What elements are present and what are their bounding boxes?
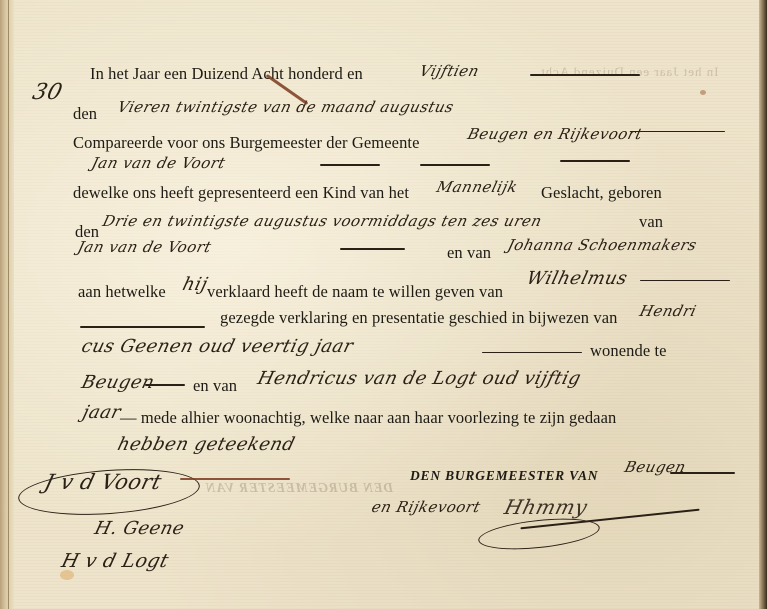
printed-line-gepresenteerd: dewelke ons heeft gepresenteerd een Kind… (73, 183, 409, 203)
printed-en-van: en van (193, 376, 237, 396)
bleed-through-text: In het Jaar een Duizend Acht (540, 64, 719, 80)
handwritten-mother: Johanna Schoenmakers (506, 236, 699, 254)
signature-witness1: H. Geene (92, 518, 186, 539)
signature-mayor: Hhmmy (502, 495, 590, 519)
bleed-through-text: DEN BURGEMEESTER VAN (205, 480, 393, 496)
handwritten-pronoun: hij (180, 274, 210, 295)
printed-geslacht: Geslacht, geboren (541, 183, 662, 203)
fill-line (145, 384, 185, 386)
signature-witness2: H v d Logt (59, 550, 171, 572)
printed-van: van (639, 212, 663, 232)
handwritten-residence: Beugen (79, 372, 156, 393)
printed-aan-hetwelke: aan hetwelke (78, 282, 166, 302)
fill-line (560, 160, 630, 162)
handwritten-closing: hebben geteekend (115, 434, 297, 455)
page-edge-shadow (759, 0, 767, 609)
fill-line (530, 74, 640, 76)
printed-verklaard: verklaard heeft de naam te willen geven … (207, 282, 503, 302)
fill-line (640, 280, 730, 281)
handwritten-mayor-place-2: en Rijkevoort (370, 498, 483, 516)
binding-edge (0, 0, 14, 609)
handwritten-witness1-first: Hendri (638, 302, 699, 320)
fill-line (420, 164, 490, 166)
handwritten-municipality: Beugen en Rijkevoort (466, 125, 645, 143)
handwritten-witness2: Hendricus van de Logt oud vijftig (255, 368, 583, 389)
fill-line (482, 352, 582, 353)
margin-rule (8, 0, 9, 609)
handwritten-child-name: Wilhelmus (524, 268, 629, 289)
handwritten-father: Jan van de Voort (76, 238, 214, 256)
fill-line (320, 164, 380, 166)
printed-line-year: In het Jaar een Duizend Acht honderd en (90, 64, 363, 84)
signature-declarant: J v d Voort (42, 470, 164, 494)
printed-mede-alhier: — mede alhier woonachtig, welke naar aan… (120, 408, 616, 428)
stain (700, 90, 706, 95)
printed-line-compareerde: Compareerde voor ons Burgemeester der Ge… (73, 133, 420, 153)
handwritten-date: Vieren twintigste van de maand augustus (116, 98, 456, 116)
printed-en-van: en van (447, 243, 491, 263)
printed-mayor-caption: DEN BURGEMEESTER VAN (410, 468, 598, 484)
ink-line (180, 478, 290, 480)
handwritten-jaar: jaar (80, 402, 123, 423)
fill-line (630, 131, 725, 132)
handwritten-witness1: cus Geenen oud veertig jaar (79, 336, 355, 357)
handwritten-year: Vijftien (418, 62, 481, 80)
fill-line (670, 472, 735, 474)
handwritten-declarant: Jan van de Voort (90, 154, 228, 172)
printed-den: den (73, 104, 97, 124)
fill-line (80, 326, 205, 328)
fill-line (340, 248, 405, 250)
printed-wonende-te: wonende te (590, 341, 667, 361)
handwritten-sex: Mannelijk (435, 178, 520, 196)
printed-gezegde-verklaring: gezegde verklaring en presentatie geschi… (220, 308, 618, 328)
handwritten-birth-date: Drie en twintigste augustus voormiddags … (101, 212, 544, 230)
